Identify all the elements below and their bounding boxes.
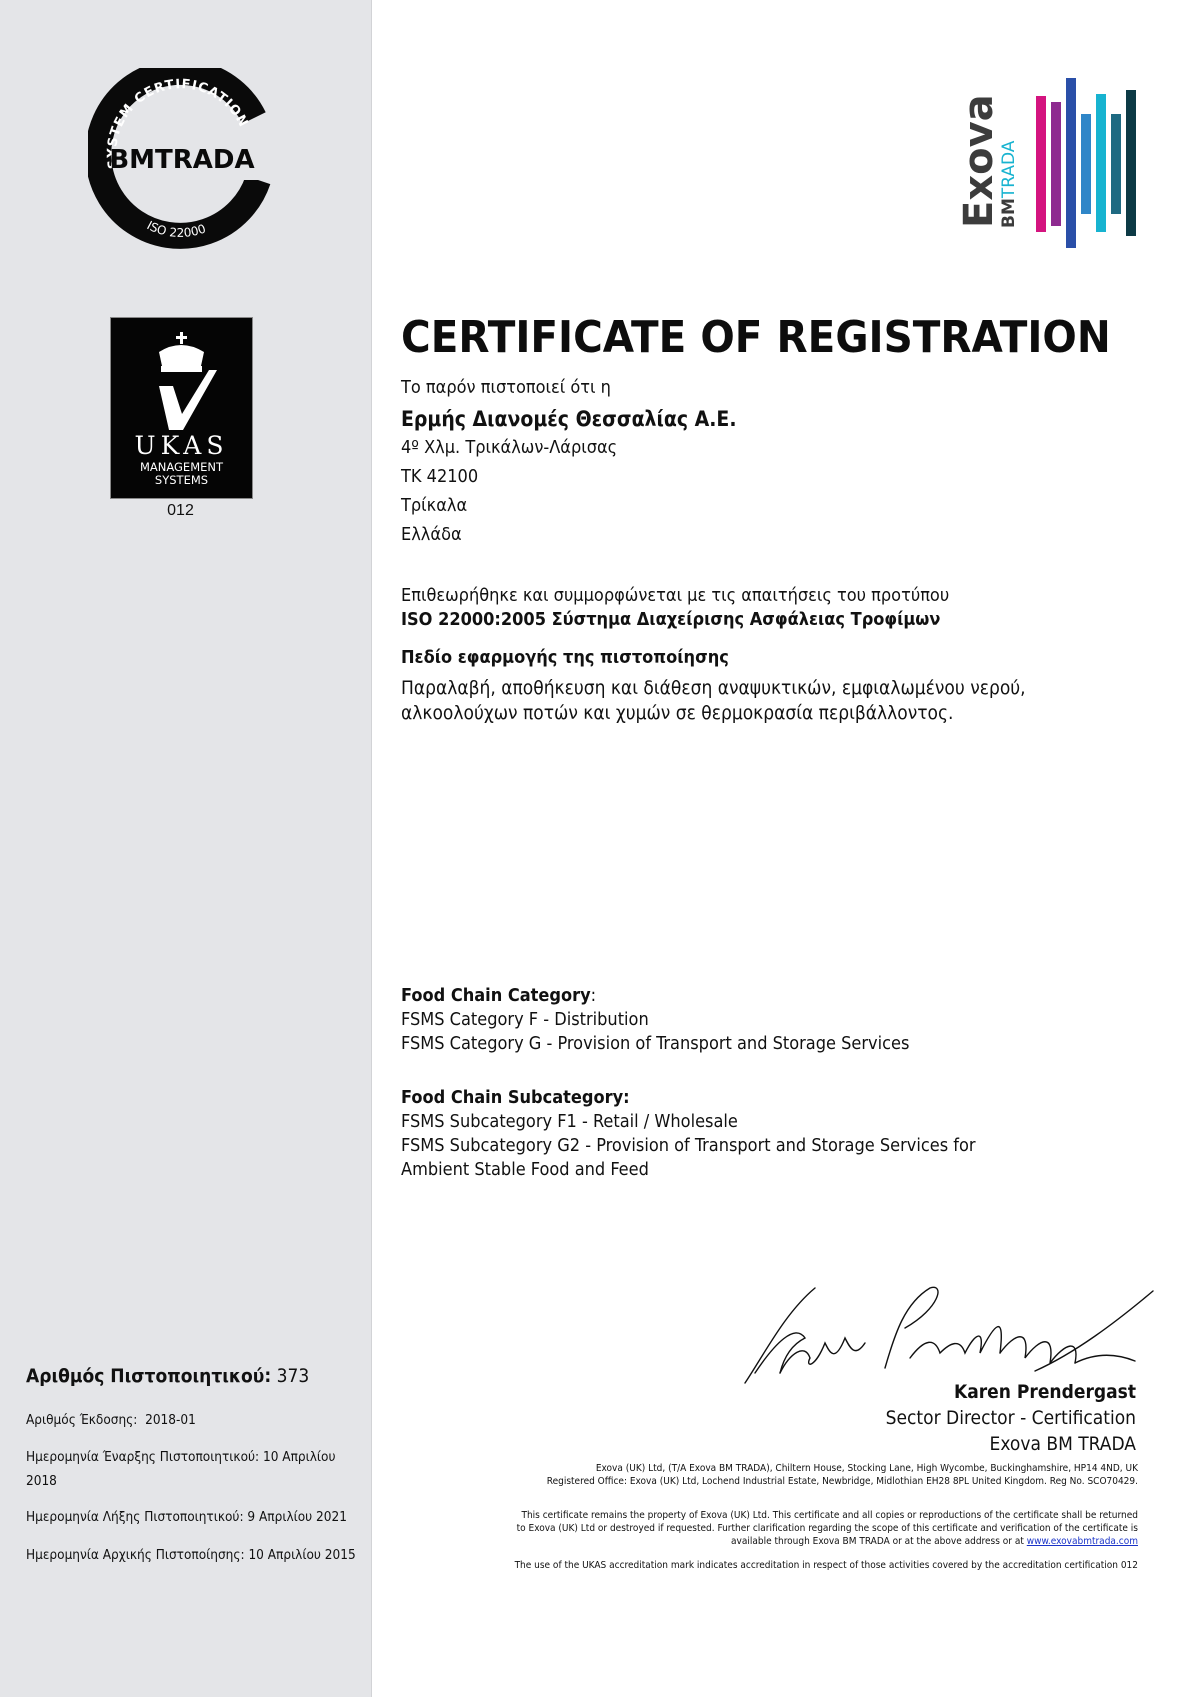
ukas-note: The use of the UKAS accreditation mark i… bbox=[515, 1559, 1138, 1572]
start-date: Ημερομηνία Έναρξης Πιστοποιητικού: 10 Απ… bbox=[26, 1445, 356, 1493]
certificate-number-label: Αριθμός Πιστοποιητικού: bbox=[26, 1365, 271, 1387]
crown-icon bbox=[159, 332, 204, 372]
seal-brand: BMTRADA bbox=[109, 145, 254, 175]
property-line: This certificate remains the property of… bbox=[517, 1509, 1138, 1522]
initial-label: Ημερομηνία Αρχικής Πιστοποίησης: bbox=[26, 1547, 245, 1563]
compliance-intro: Επιθεωρήθηκε και συμμορφώνεται με τις απ… bbox=[401, 584, 1121, 608]
initial-value: 10 Απριλίου 2015 bbox=[248, 1547, 355, 1563]
website-link[interactable]: www.exovabmtrada.com bbox=[1027, 1536, 1138, 1547]
footer-registered-office: Registered Office: Exova (UK) Ltd, Loche… bbox=[547, 1475, 1138, 1488]
issue-number: Αριθμός Έκδοσης: 2018-01 bbox=[26, 1408, 356, 1432]
compliance-block: Επιθεωρήθηκε και συμμορφώνεται με τις απ… bbox=[401, 584, 1121, 632]
company-name: Ερμής Διανομές Θεσσαλίας Α.Ε. bbox=[401, 404, 1121, 434]
exova-bmtrada-logo: Exova BMTRADA bbox=[950, 68, 1150, 248]
property-line: available through Exova BM TRADA or at t… bbox=[731, 1536, 1024, 1547]
exova-bars-icon bbox=[1036, 78, 1136, 248]
category-colon: : bbox=[591, 985, 596, 1006]
ukas-logo: UKAS MANAGEMENT SYSTEMS bbox=[110, 317, 253, 499]
exova-wordmark: Exova bbox=[956, 94, 1002, 228]
signatory-role: Sector Director - Certification bbox=[886, 1405, 1136, 1431]
ukas-number: 012 bbox=[110, 502, 251, 520]
bmtrada-seal-logo: SYSTEM CERTIFICATION BMTRADA ISO 22000 bbox=[88, 68, 274, 254]
signatory-name: Karen Prendergast bbox=[886, 1380, 1136, 1405]
certificate-title: CERTIFICATE OF REGISTRATION bbox=[401, 312, 1111, 363]
scope-heading: Πεδίο εφαρμογής της πιστοποίησης bbox=[401, 646, 1121, 670]
address-line: ΤΚ 42100 bbox=[401, 462, 1121, 491]
address-line: Τρίκαλα bbox=[401, 491, 1121, 520]
category-item: FSMS Category F - Distribution bbox=[401, 1008, 1121, 1032]
ukas-line1: MANAGEMENT bbox=[140, 460, 224, 474]
start-value-year: 2018 bbox=[26, 1473, 57, 1489]
start-value: 10 Απριλίου bbox=[263, 1449, 336, 1465]
intro-text: Το παρόν πιστοποιεί ότι η bbox=[401, 373, 1121, 402]
address-line: Ελλάδα bbox=[401, 520, 1121, 549]
address-line: 4º Χλμ. Τρικάλων-Λάρισας bbox=[401, 433, 1121, 462]
checkmark-icon bbox=[159, 370, 217, 430]
standard-name: ISO 22000:2005 Σύστημα Διαχείρισης Ασφάλ… bbox=[401, 608, 1121, 632]
exova-sub-wordmark: BMTRADA bbox=[999, 140, 1019, 228]
footer-address-line: Exova (UK) Ltd, (T/A Exova BM TRADA), Ch… bbox=[547, 1462, 1138, 1475]
property-line: to Exova (UK) Ltd or destroyed if reques… bbox=[517, 1522, 1138, 1535]
food-chain-category: Food Chain Category: FSMS Category F - D… bbox=[401, 984, 1121, 1056]
company-address: 4º Χλμ. Τρικάλων-Λάρισας ΤΚ 42100 Τρίκαλ… bbox=[401, 433, 1121, 549]
signature-image bbox=[735, 1283, 1155, 1393]
expiry-date: Ημερομηνία Λήξης Πιστοποιητικού: 9 Απριλ… bbox=[26, 1505, 356, 1529]
food-chain-subcategory: Food Chain Subcategory: FSMS Subcategory… bbox=[401, 1086, 1121, 1182]
issue-label: Αριθμός Έκδοσης: bbox=[26, 1412, 137, 1428]
ukas-name: UKAS bbox=[135, 431, 229, 460]
subcategory-item: FSMS Subcategory F1 - Retail / Wholesale bbox=[401, 1110, 1121, 1134]
scope-line: Παραλαβή, αποθήκευση και διάθεση αναψυκτ… bbox=[401, 676, 1121, 701]
expiry-label: Ημερομηνία Λήξης Πιστοποιητικού: bbox=[26, 1509, 244, 1525]
certificate-number: Αριθμός Πιστοποιητικού: 373 bbox=[26, 1365, 309, 1387]
category-item: FSMS Category G - Provision of Transport… bbox=[401, 1032, 1121, 1056]
scope-line: αλκοολούχων ποτών και χυμών σε θερμοκρασ… bbox=[401, 701, 1121, 726]
company-address-footer: Exova (UK) Ltd, (T/A Exova BM TRADA), Ch… bbox=[547, 1462, 1138, 1488]
certificate-number-value: 373 bbox=[277, 1365, 310, 1387]
signatory-block: Karen Prendergast Sector Director - Cert… bbox=[886, 1380, 1136, 1457]
subcategory-item: Ambient Stable Food and Feed bbox=[401, 1158, 1121, 1182]
issue-value: 2018-01 bbox=[145, 1412, 196, 1428]
initial-date: Ημερομηνία Αρχικής Πιστοποίησης: 10 Απρι… bbox=[26, 1543, 356, 1567]
ukas-line2: SYSTEMS bbox=[155, 473, 208, 487]
subcategory-item: FSMS Subcategory G2 - Provision of Trans… bbox=[401, 1134, 1121, 1158]
sidebar-panel bbox=[0, 0, 372, 1697]
signatory-org: Exova BM TRADA bbox=[886, 1431, 1136, 1457]
start-label: Ημερομηνία Έναρξης Πιστοποιητικού: bbox=[26, 1449, 259, 1465]
category-heading: Food Chain Category bbox=[401, 985, 591, 1006]
scope-text: Παραλαβή, αποθήκευση και διάθεση αναψυκτ… bbox=[401, 676, 1121, 726]
property-notice: This certificate remains the property of… bbox=[517, 1509, 1138, 1548]
expiry-value: 9 Απριλίου 2021 bbox=[247, 1509, 347, 1525]
subcategory-heading: Food Chain Subcategory: bbox=[401, 1086, 1121, 1110]
